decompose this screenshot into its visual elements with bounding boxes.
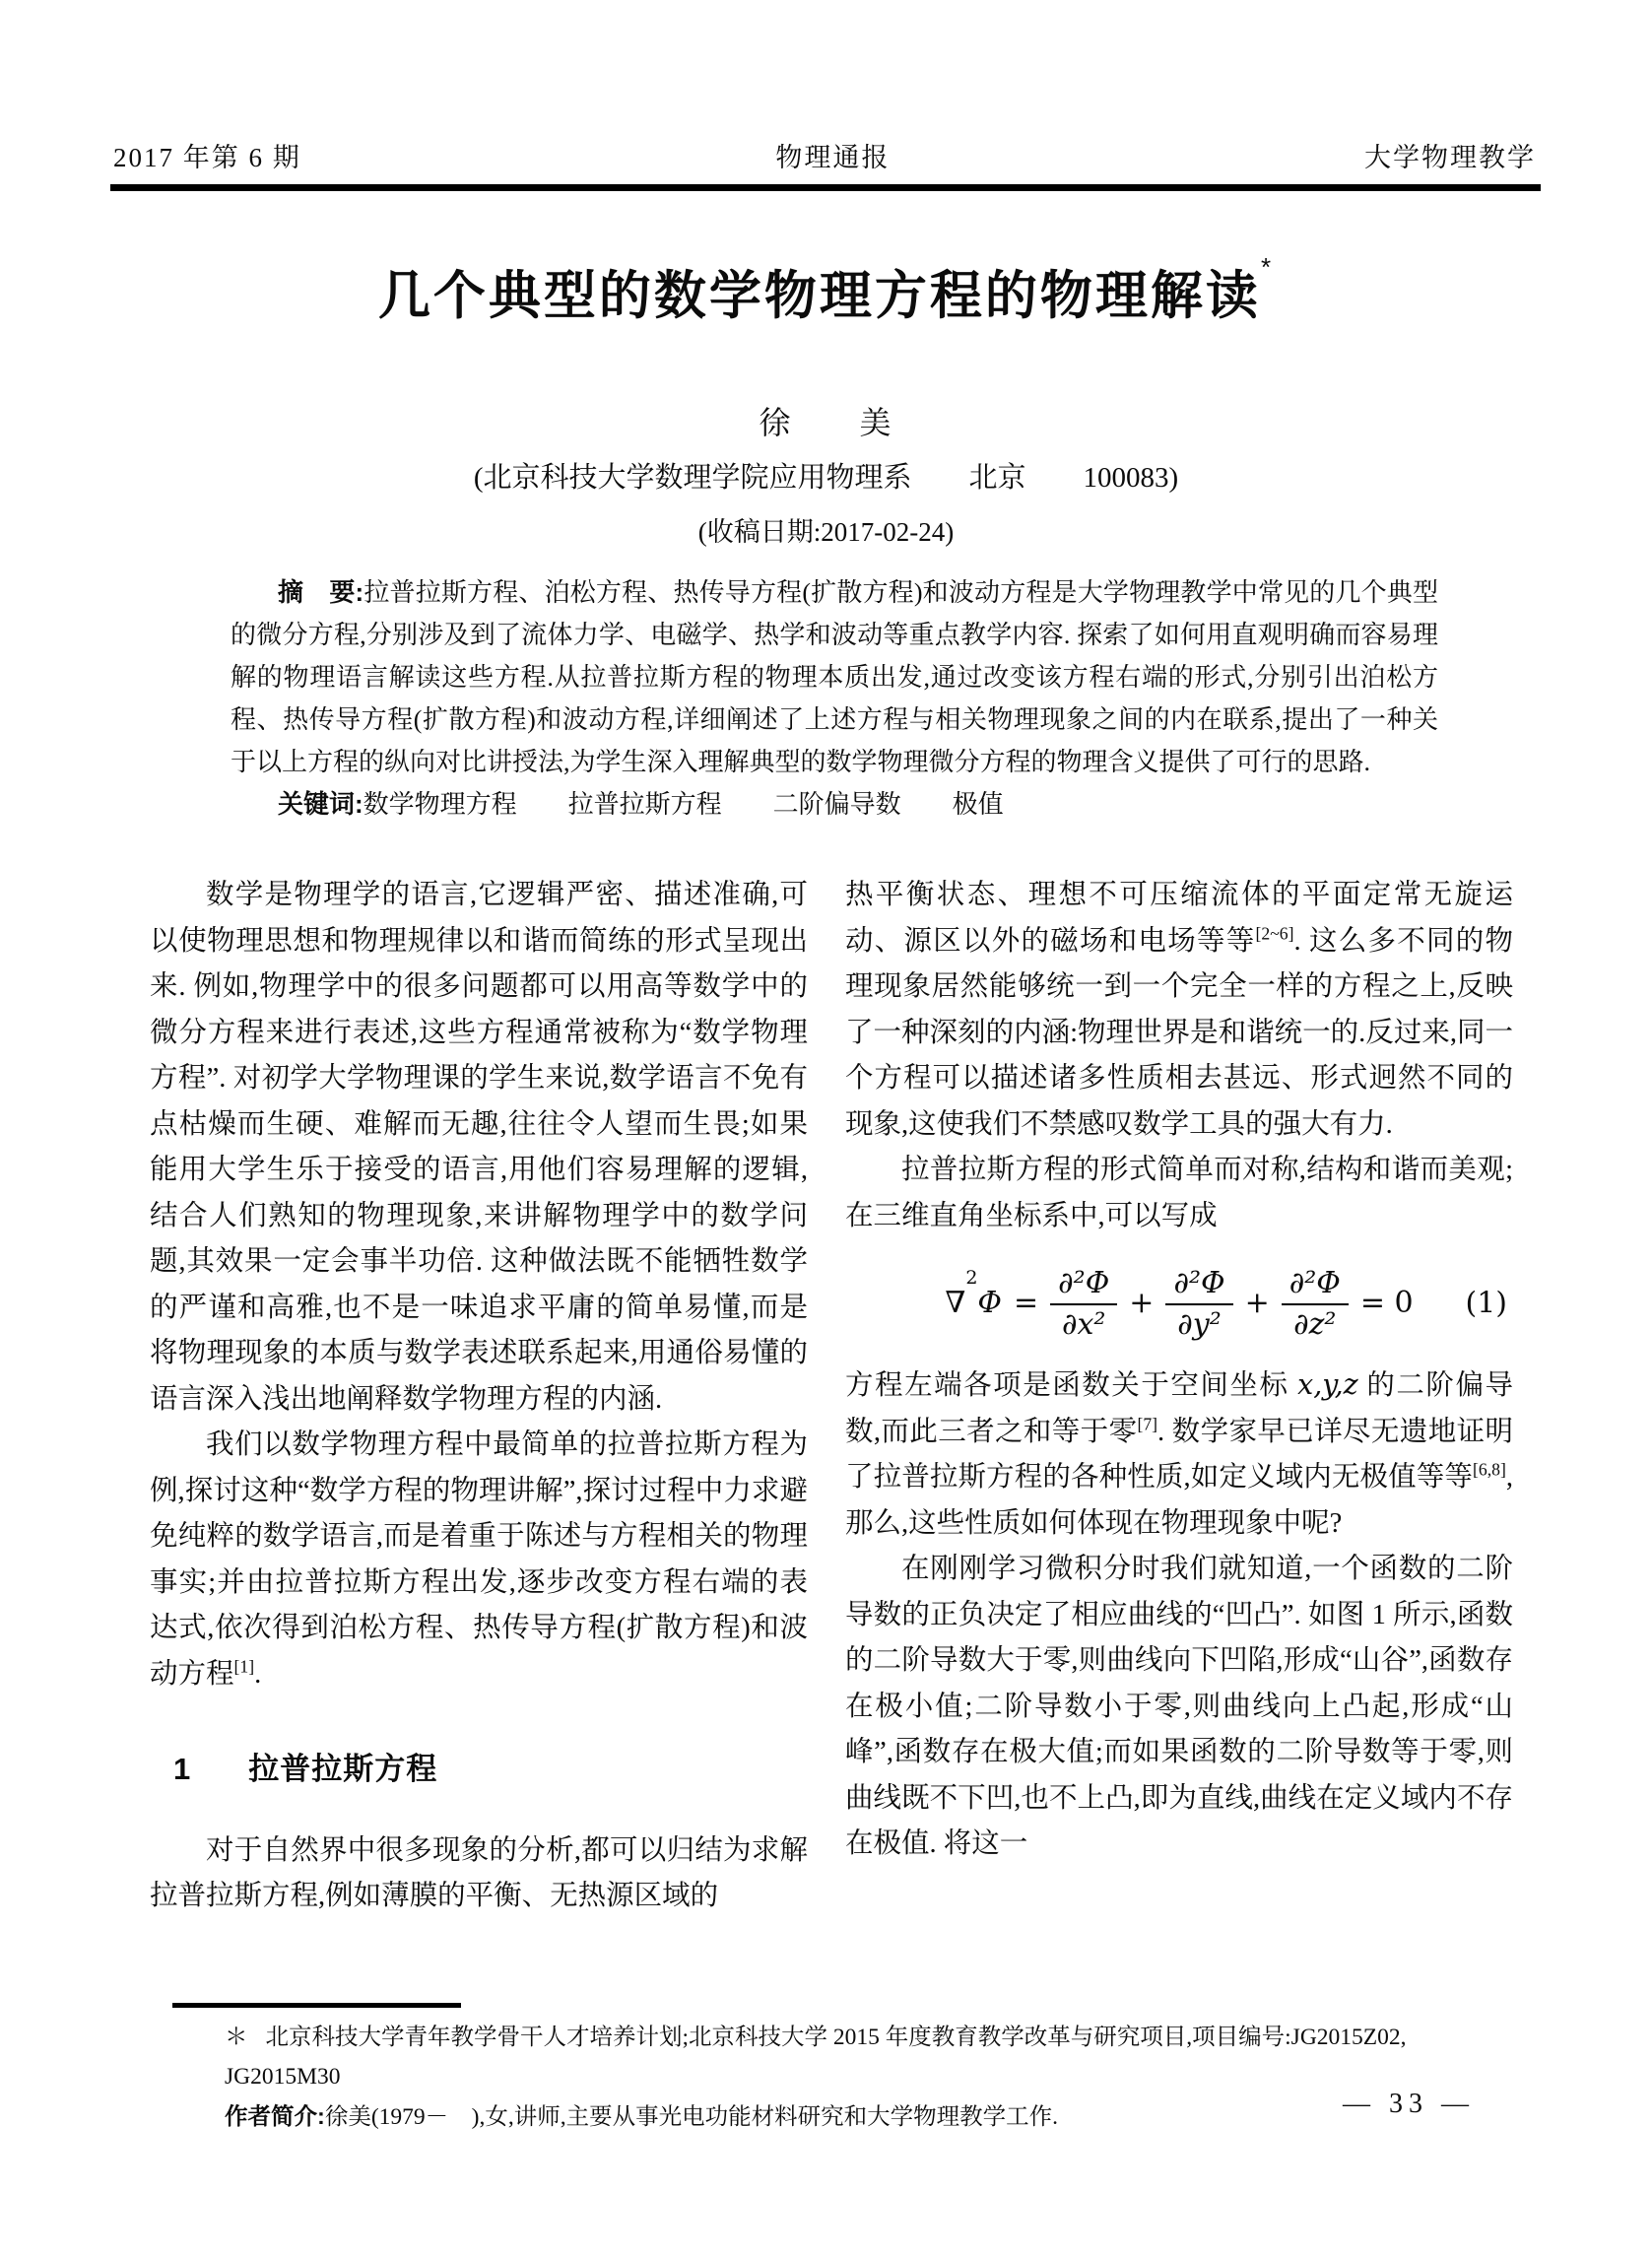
equals-sign: = — [1014, 1287, 1038, 1319]
plus-sign-2: + — [1245, 1287, 1270, 1319]
footnote-funding: ＊北京科技大学青年教学骨干人才培养计划;北京科技大学 2015 年度教育教学改革… — [225, 2018, 1504, 2096]
footnote-bio: 作者简介:徐美(1979－ ),女,讲师,主要从事光电功能材料研究和大学物理教学… — [225, 2096, 1504, 2137]
keywords-label: 关键词: — [278, 789, 363, 819]
footnote-funding-text: 北京科技大学青年教学骨干人才培养计划;北京科技大学 2015 年度教育教学改革与… — [225, 2025, 1407, 2090]
section-label: 大学物理教学 — [1364, 136, 1536, 174]
paragraph-laplace-cont: 热平衡状态、理想不可压缩流体的平面定常无旋运动、源区以外的磁场和电场等等[2~6… — [845, 873, 1513, 1148]
footnote-bio-text: 徐美(1979－ ),女,讲师,主要从事光电功能材料研究和大学物理教学工作. — [325, 2104, 1058, 2130]
journal-page: 2017 年第 6 期 物理通报 大学物理教学 几个典型的数学物理方程的物理解读… — [0, 0, 1652, 2258]
citation-ref-6-8: [6,8] — [1473, 1460, 1506, 1480]
left-column: 数学是物理学的语言,它逻辑严密、描述准确,可以使物理思想和物理规律以和谐而简练的… — [150, 873, 808, 1920]
nabla-symbol: ∇2Φ — [945, 1287, 1002, 1319]
article-title: 几个典型的数学物理方程的物理解读* — [0, 254, 1652, 329]
abstract-text: 拉普拉斯方程、泊松方程、热传导方程(扩散方程)和波动方程是大学物理教学中常见的几… — [231, 578, 1438, 776]
section-title: 拉普拉斯方程 — [225, 1747, 437, 1793]
journal-name: 物理通报 — [775, 136, 890, 174]
keywords-text: 数学物理方程 拉普拉斯方程 二阶偏导数 极值 — [363, 790, 1004, 819]
abstract-block: 摘 要:拉普拉斯方程、泊松方程、热传导方程(扩散方程)和波动方程是大学物理教学中… — [231, 571, 1438, 826]
keywords-line: 关键词:数学物理方程 拉普拉斯方程 二阶偏导数 极值 — [231, 783, 1438, 826]
citation-ref-1: [1] — [234, 1656, 255, 1676]
paragraph-laplace-cont-end: . 这么多不同的物理现象居然能够统一到一个完全一样的方程之上,反映了一种深刻的内… — [845, 926, 1513, 1140]
section-number: 1 — [150, 1747, 191, 1793]
laplace-equation: ∇2Φ = ∂²Φ∂x² + ∂²Φ∂y² + ∂²Φ∂z² = 0 (1) — [845, 1265, 1513, 1341]
received-date: (收稿日期:2017-02-24) — [0, 510, 1652, 549]
fraction-y: ∂²Φ∂y² — [1165, 1265, 1232, 1341]
page-number: — 33 — — [1343, 2089, 1475, 2120]
equation-rhs: = 0 — [1360, 1287, 1414, 1319]
paragraph-approach-end: . — [254, 1659, 261, 1690]
plus-sign: + — [1129, 1287, 1154, 1319]
paragraph-laplace-intro: 对于自然界中很多现象的分析,都可以归结为求解拉普拉斯方程,例如薄膜的平衡、无热源… — [150, 1828, 808, 1920]
paragraph-approach: 我们以数学物理方程中最简单的拉普拉斯方程为例,探讨这种“数学方程的物理讲解”,探… — [150, 1423, 808, 1697]
paragraph-eq-explain: 方程左端各项是函数关于空间坐标 x,y,z 的二阶偏导数,而此三者之和等于零[7… — [845, 1362, 1513, 1547]
abstract-paragraph: 摘 要:拉普拉斯方程、泊松方程、热传导方程(扩散方程)和波动方程是大学物理教学中… — [231, 571, 1438, 783]
right-column: 热平衡状态、理想不可压缩流体的平面定常无旋运动、源区以外的磁场和电场等等[2~6… — [845, 873, 1513, 1868]
eq-explain-a: 方程左端各项是函数关于空间坐标 — [845, 1370, 1297, 1401]
running-head: 2017 年第 6 期 物理通报 大学物理教学 — [113, 136, 1536, 174]
paragraph-calculus: 在刚刚学习微积分时我们就知道,一个函数的二阶导数的正负决定了相应曲线的“凹凸”.… — [845, 1547, 1513, 1868]
header-rule — [110, 184, 1541, 191]
paragraph-eq-lead: 拉普拉斯方程的形式简单而对称,结构和谐而美观;在三维直角坐标系中,可以写成 — [845, 1148, 1513, 1239]
paragraph-approach-text: 我们以数学物理方程中最简单的拉普拉斯方程为例,探讨这种“数学方程的物理讲解”,探… — [150, 1429, 808, 1690]
author-affiliation: (北京科技大学数理学院应用物理系 北京 100083) — [0, 455, 1652, 496]
article-title-text: 几个典型的数学物理方程的物理解读 — [378, 267, 1261, 325]
footnote-bio-label: 作者简介: — [225, 2103, 325, 2129]
citation-ref-7: [7] — [1137, 1414, 1157, 1433]
abstract-label: 摘 要: — [278, 577, 363, 607]
footnote-marker: ＊ — [225, 2018, 248, 2057]
paragraph-intro: 数学是物理学的语言,它逻辑严密、描述准确,可以使物理思想和物理规律以和谐而简练的… — [150, 873, 808, 1423]
footnotes-block: ＊北京科技大学青年教学骨干人才培养计划;北京科技大学 2015 年度教育教学改革… — [225, 2018, 1504, 2137]
title-footnote-mark: * — [1261, 252, 1274, 282]
coordinates-variables: x,y,z — [1297, 1368, 1358, 1401]
section-heading-1: 1拉普拉斯方程 — [150, 1747, 808, 1793]
equation-number: (1) — [1466, 1287, 1508, 1319]
author-name: 徐 美 — [0, 398, 1652, 443]
fraction-z: ∂²Φ∂z² — [1282, 1265, 1349, 1341]
fraction-x: ∂²Φ∂x² — [1050, 1265, 1117, 1341]
issue-label: 2017 年第 6 期 — [113, 136, 301, 174]
footnote-rule — [172, 2003, 461, 2008]
citation-ref-2-6: [2~6] — [1256, 923, 1294, 943]
